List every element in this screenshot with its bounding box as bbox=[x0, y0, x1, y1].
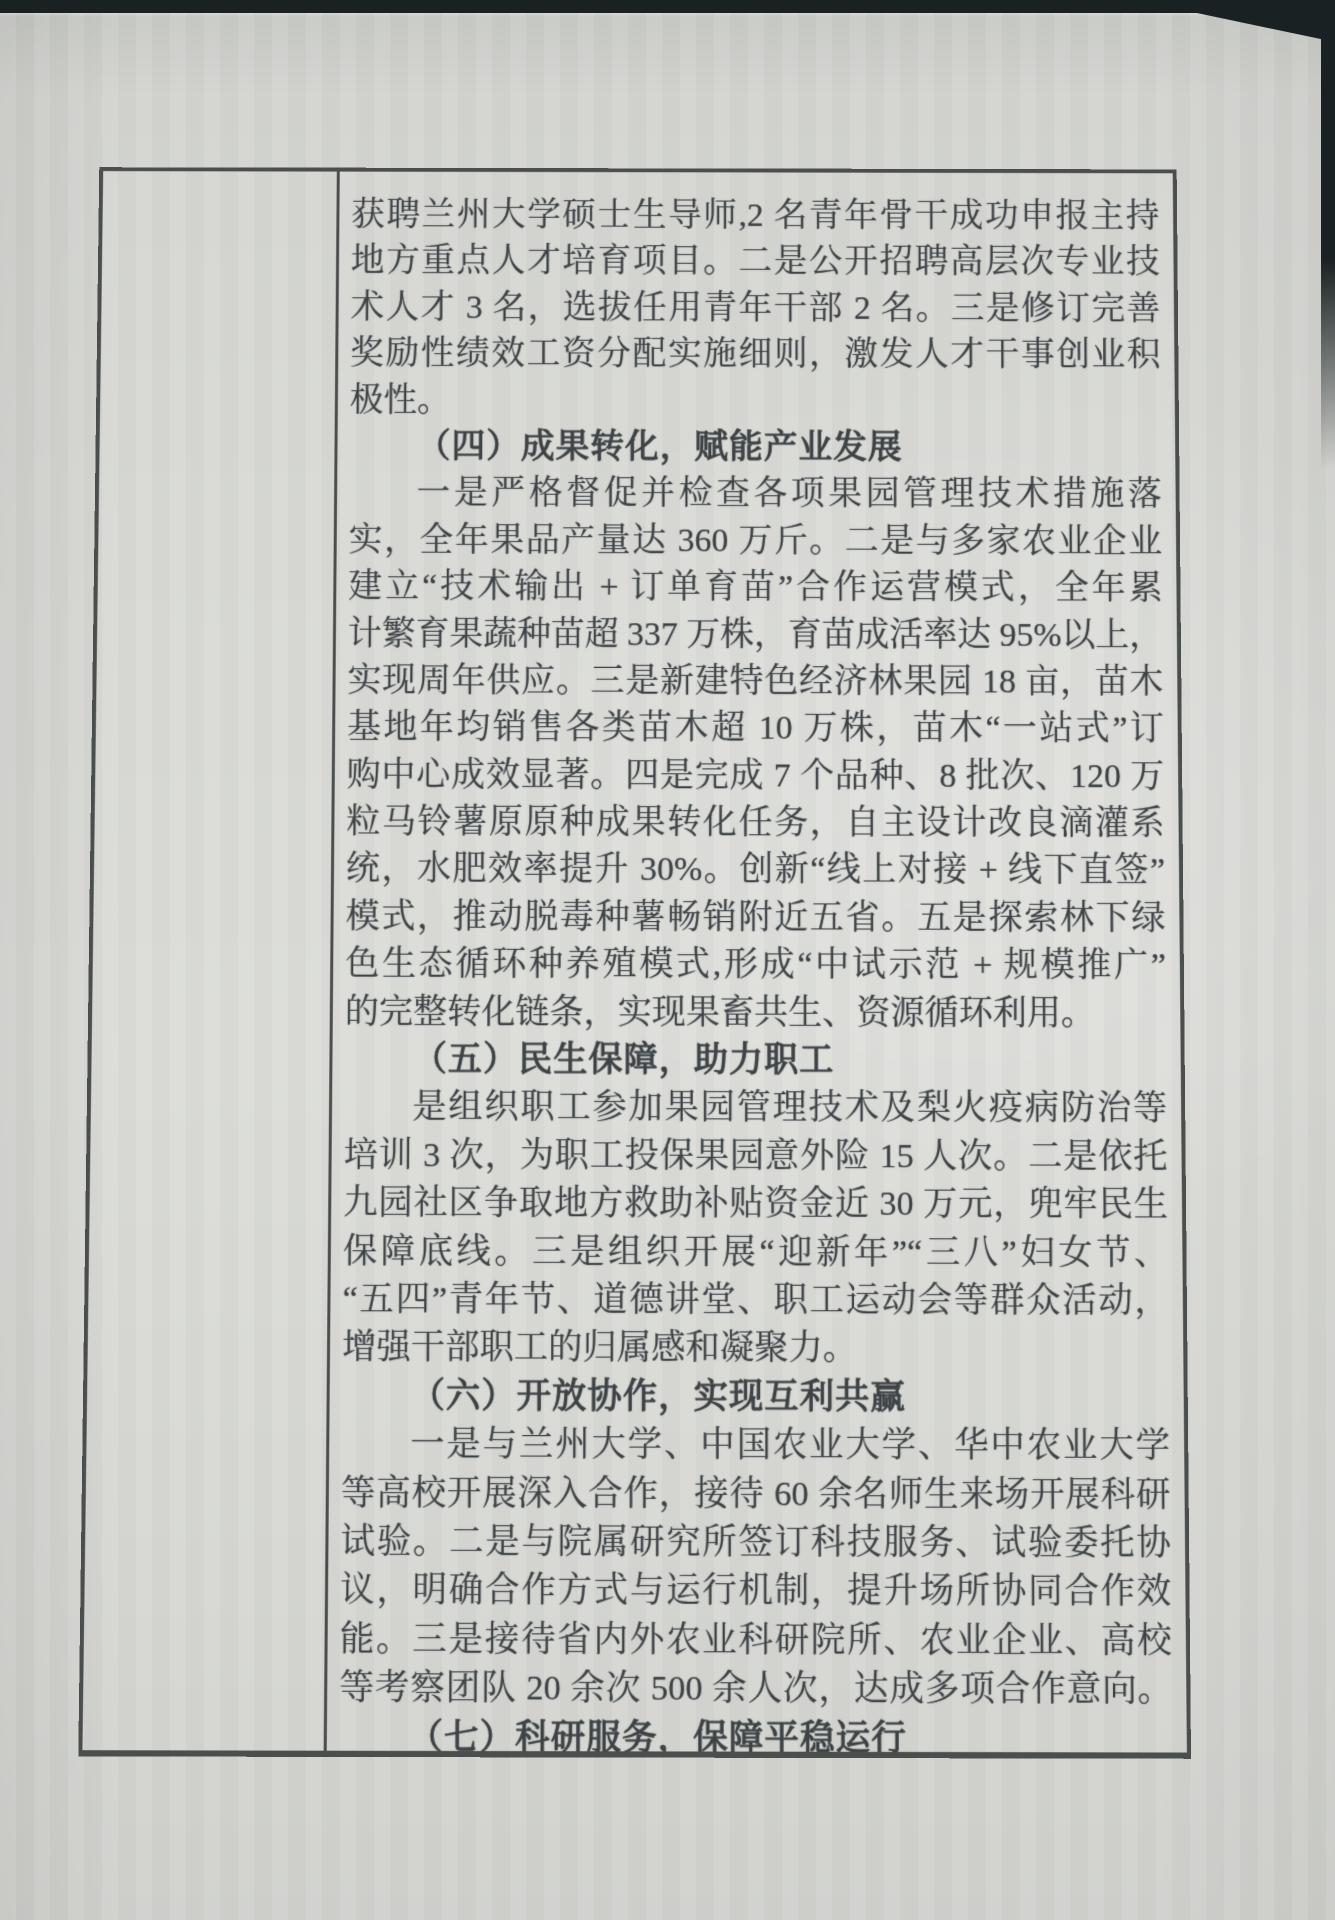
text-line: 九园社区争取地方救助补贴资金近 30 万元，兜牢民生 bbox=[343, 1179, 1168, 1229]
text-line: 模式，推动脱毒种薯畅销附近五省。五是探索林下绿 bbox=[345, 893, 1165, 942]
text-line: 增强干部职工的归属感和凝聚力。 bbox=[342, 1324, 1169, 1374]
text-line: 基地年均销售各类苗木超 10 万株，苗木“一站式”订 bbox=[347, 704, 1164, 753]
text-line: 极性。 bbox=[350, 377, 1162, 425]
text-line: 计繁育果蔬种苗超 337 万株，育苗成活率达 95%以上， bbox=[348, 610, 1163, 659]
text-line: 的完整转化链条，实现果畜共生、资源循环利用。 bbox=[345, 988, 1167, 1037]
text-line: 培训 3 次，为职工投保果园意外险 15 人次。二是依托 bbox=[344, 1132, 1168, 1182]
photo-backdrop-smudge bbox=[1040, 1, 1180, 11]
section-heading: （七）科研服务，保障平稳运行 bbox=[339, 1713, 1173, 1753]
report-text: 获聘兰州大学硕士生导师,2 名青年骨干成功申报主持地方重点人才培育项目。二是公开… bbox=[339, 192, 1173, 1753]
photo-backdrop-right-edge bbox=[1321, 0, 1335, 470]
text-line: 术人才 3 名，选拔任用青年干部 2 名。三是修订完善 bbox=[350, 284, 1160, 332]
text-line: 地方重点人才培育项目。二是公开招聘高层次专业技 bbox=[351, 238, 1160, 286]
text-line: 议，明确合作方式与运行机制，提升场所协同合作效 bbox=[340, 1566, 1171, 1617]
text-line: 获聘兰州大学硕士生导师,2 名青年骨干成功申报主持 bbox=[351, 192, 1159, 240]
text-line: 一是与兰州大学、中国农业大学、华中农业大学 bbox=[341, 1421, 1170, 1471]
text-line: 能。三是接待省内外农业科研院所、农业企业、高校 bbox=[340, 1615, 1172, 1666]
text-line: 等考察团队 20 余次 500 余人次，达成多项合作意向。 bbox=[339, 1664, 1172, 1715]
section-heading: （五）民生保障，助力职工 bbox=[344, 1036, 1167, 1085]
text-line: 是组织职工参加果园管理技术及梨火疫病防治等 bbox=[344, 1084, 1167, 1134]
scanned-page-photo: 获聘兰州大学硕士生导师,2 名青年骨干成功申报主持地方重点人才培育项目。二是公开… bbox=[0, 0, 1335, 1920]
text-line: 试验。二是与院属研究所签订科技服务、试验委托协 bbox=[340, 1518, 1171, 1568]
text-line: 实现周年供应。三是新建特色经济林果园 18 亩，苗木 bbox=[347, 657, 1163, 706]
text-line: “五四”青年节、道德讲堂、职工运动会等群众活动， bbox=[342, 1276, 1169, 1326]
section-heading: （四）成果转化，赋能产业发展 bbox=[349, 424, 1161, 472]
text-line: 等高校开展深入合作，接待 60 余名师生来场开展科研 bbox=[341, 1469, 1171, 1519]
text-line: 粒马铃薯原原种成果转化任务，自主设计改良滴灌系 bbox=[346, 799, 1165, 848]
photo-backdrop-smudge bbox=[150, 2, 212, 10]
table-cell-content: 获聘兰州大学硕士生导师,2 名青年骨干成功申报主持地方重点人才培育项目。二是公开… bbox=[327, 172, 1187, 1753]
text-line: 统，水肥效率提升 30%。创新“线上对接 + 线下直签” bbox=[346, 846, 1165, 895]
text-line: 保障底线。三是组织开展“迎新年”“三八”妇女节、 bbox=[343, 1227, 1169, 1277]
section-heading: （六）开放协作，实现互利共赢 bbox=[342, 1372, 1170, 1422]
text-line: 色生态循环种养殖模式,形成“中试示范 + 规模推广” bbox=[345, 941, 1166, 990]
text-line: 建立“技术输出 + 订单育苗”合作运营模式，全年累 bbox=[348, 564, 1163, 613]
text-line: 奖励性绩效工资分配实施细则，激发人才干事创业积 bbox=[350, 331, 1161, 379]
text-line: 实，全年果品产量达 360 万斤。二是与多家农业企业 bbox=[348, 517, 1162, 565]
report-table: 获聘兰州大学硕士生导师,2 名青年骨干成功申报主持地方重点人才培育项目。二是公开… bbox=[78, 167, 1191, 1759]
text-line: 购中心成效显著。四是完成 7 个品种、8 批次、120 万 bbox=[347, 751, 1165, 800]
table-cell-label bbox=[82, 171, 339, 1751]
text-line: 一是严格督促并检查各项果园管理技术措施落 bbox=[349, 470, 1162, 518]
